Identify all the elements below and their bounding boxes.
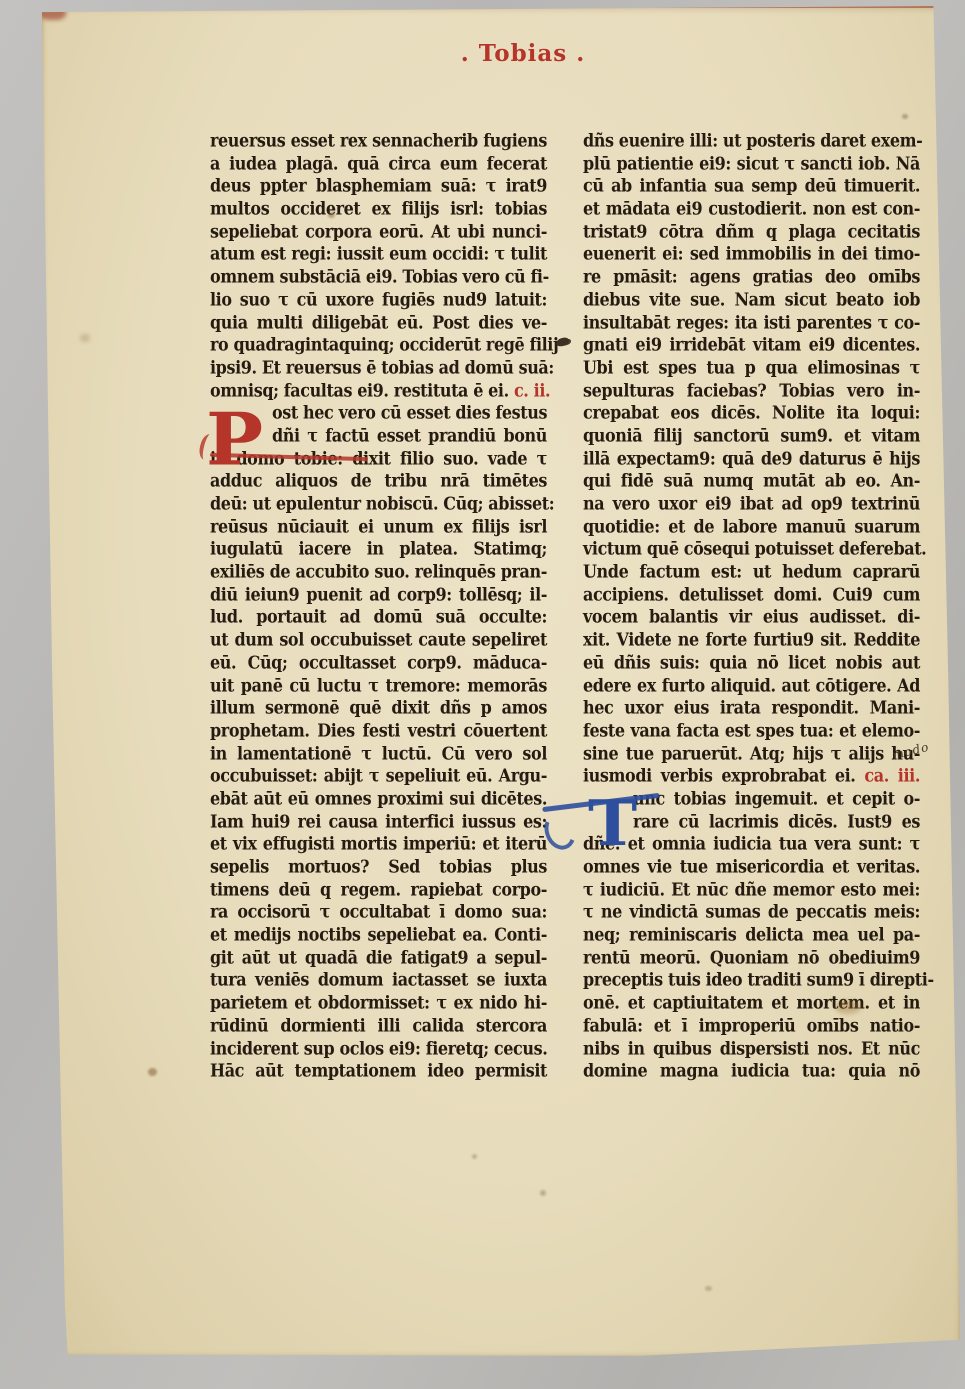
text-line: onē. et captiuitatem et mortem. et in xyxy=(583,991,920,1016)
text-line: reūsus nūciauit ei unum ex filijs isrl xyxy=(210,515,547,540)
text-line-content: dñi τ factū esset prandiū bonū xyxy=(272,425,547,446)
scan-background: { "document": { "running_title": ". Tobi… xyxy=(0,0,965,1389)
text-line-content: et mādata ei9 custodierit. non est con- xyxy=(583,198,920,219)
text-line: occubuisset: abijt τ sepeliuit eū. Argu- xyxy=(210,764,547,789)
text-line: τ iudiciū. Et nūc dñe memor esto mei: xyxy=(583,878,920,903)
stain xyxy=(705,1286,712,1291)
text-line: atum est regi: iussit eum occidi: τ tuli… xyxy=(210,243,547,268)
text-line: uit panē cū luctu τ tremore: memorās xyxy=(210,674,547,699)
text-line: a iudea plagā. quā circa eum fecerat xyxy=(210,152,547,177)
text-line: na vero uxor ei9 ibat ad op9 textrinū xyxy=(583,492,920,517)
text-line-content: ra occisorū τ occultabat ī domo sua: xyxy=(210,902,547,923)
text-line-content: occubuisset: abijt τ sepeliuit eū. Argu- xyxy=(210,765,547,786)
text-line: vocem balantis vir eius audisset. di- xyxy=(583,606,920,631)
text-line-content: diū ieiun9 puenit ad corp9: tollēsq; il- xyxy=(210,584,547,605)
text-line: et mādata ei9 custodierit. non est con- xyxy=(583,197,920,222)
text-line-content: diebus vite sue. Nam sicut beato iob xyxy=(583,289,920,310)
text-line-content: quotidie: et de labore manuū suarum xyxy=(583,516,920,537)
text-line: xit. Videte ne forte furtiu9 sit. Reddit… xyxy=(583,628,920,653)
text-line-content: illum sermonē quē dixit dñs p amos xyxy=(210,697,547,718)
text-line-content: et medijs noctibs sepeliebat ea. Conti- xyxy=(210,924,547,945)
text-line: Ubi est spes tua p qua elimosinas τ xyxy=(583,356,920,381)
text-line-content: dñs euenire illi: ut posteris daret exem… xyxy=(583,130,922,151)
text-line: nibs in quibus dispersisti nos. Et nūc xyxy=(583,1037,920,1062)
text-line-content: τ iudiciū. Et nūc dñe memor esto mei: xyxy=(583,879,920,900)
text-line: multos occideret ex filijs isrl: tobias xyxy=(210,197,547,222)
text-line-content: in lamentationē τ luctū. Cū vero sol xyxy=(210,743,547,764)
stain xyxy=(902,114,908,119)
text-line: gnati ei9 irridebāt vitam ei9 dicentes. xyxy=(583,333,920,358)
text-line: deū: ut epulentur nobiscū. Cūq; abisset: xyxy=(210,492,547,517)
text-line-content: unc tobias ingemuit. et cepit o- xyxy=(633,788,920,809)
text-line: git aūt ut quadā die fatigat9 a sepul- xyxy=(210,946,547,971)
text-line: tura veniēs domum iactasset se iuxta xyxy=(210,969,547,994)
text-line: inciderent sup oclos ei9: fieretq; cecus… xyxy=(210,1037,547,1062)
text-line-content: rentū meorū. Quoniam nō obediuim9 xyxy=(583,947,920,968)
text-line-content: reūsus nūciauit ei unum ex filijs isrl xyxy=(210,516,547,537)
text-line-content: neq; reminiscaris delicta mea uel pa- xyxy=(583,924,920,945)
edge-stain xyxy=(40,6,66,20)
text-line: qui fidē suā numq mutāt ab eo. An- xyxy=(583,469,920,494)
stain xyxy=(80,334,90,342)
stain xyxy=(148,1068,157,1076)
text-line-content: uit panē cū luctu τ tremore: memorās xyxy=(210,675,547,696)
text-line: ebāt aūt eū omnes proximi sui dicētes. xyxy=(210,787,547,812)
text-line-content: accipiens. detulisset domi. Cui9 cum xyxy=(583,584,920,605)
text-line-content: sepeliebat corpora eorū. At ubi nunci- xyxy=(210,221,547,242)
text-line: prophetam. Dies festi vestri cōuertent xyxy=(210,719,547,744)
text-line: ipsi9. Et reuersus ē tobias ad domū suā: xyxy=(210,356,547,381)
text-line: re pmāsit: agens gratias deo omībs xyxy=(583,265,920,290)
text-line: eū. Cūq; occultasset corp9. māduca- xyxy=(210,651,547,676)
text-line: timens deū q regem. rapiebat corpo- xyxy=(210,878,547,903)
text-line-content: Hāc aūt temptationem ideo permisit xyxy=(210,1060,547,1081)
text-line: lud. portauit ad domū suā occulte: xyxy=(210,606,547,631)
text-line: hec uxor eius irata respondit. Mani- xyxy=(583,696,920,721)
text-line-content: prophetam. Dies festi vestri cōuertent xyxy=(210,720,547,741)
text-line-content: illā expectam9: quā de9 daturus ē hijs xyxy=(583,448,920,469)
chapter-rubric: ca. iii. xyxy=(864,765,920,786)
text-line-content: ebāt aūt eū omnes proximi sui dicētes. xyxy=(210,788,547,809)
text-line-content: gnati ei9 irridebāt vitam ei9 dicentes. xyxy=(583,334,920,355)
text-line-content: qui fidē suā numq mutāt ab eo. An- xyxy=(583,470,920,491)
text-line: cū ab infantia sua semp deū timuerit. xyxy=(583,174,920,199)
text-line: in lamentationē τ luctū. Cū vero sol xyxy=(210,742,547,767)
text-line: rentū meorū. Quoniam nō obediuim9 xyxy=(583,946,920,971)
text-line: diebus vite sue. Nam sicut beato iob xyxy=(583,288,920,313)
text-line-content: quoniā filij sanctorū sum9. et vitam xyxy=(583,425,920,446)
text-line-content: re pmāsit: agens gratias deo omībs xyxy=(583,266,920,287)
text-line: edere ex furto aliquid. aut cōtigere. Ad xyxy=(583,674,920,699)
text-line: illum sermonē quē dixit dñs p amos xyxy=(210,696,547,721)
text-line-content: τ ne vindictā sumas de peccatis meis: xyxy=(583,902,920,923)
text-line: ra occisorū τ occultabat ī domo sua: xyxy=(210,900,547,925)
text-line-content: vocem balantis vir eius audisset. di- xyxy=(583,607,920,628)
text-line-content: Iam hui9 rei causa interfici iussus es: xyxy=(210,811,547,832)
text-line-content: fabulā: et ī improperiū omībs natio- xyxy=(583,1015,920,1036)
text-line: exiliēs de accubito suo. relinquēs pran- xyxy=(210,560,547,585)
text-line-content: parietem et obdormisset: τ ex nido hi- xyxy=(210,992,547,1013)
text-line-content: na vero uxor ei9 ibat ad op9 textrinū xyxy=(583,493,920,514)
text-line: ro quadragintaquinq; occiderūt regē fili… xyxy=(210,333,547,358)
text-line-content: ipsi9. Et reuersus ē tobias ad domū suā: xyxy=(210,357,554,378)
text-line-content: nibs in quibus dispersisti nos. Et nūc xyxy=(583,1038,920,1059)
text-line-content: lio suo τ cū uxore fugiēs nud9 latuit: xyxy=(210,289,547,310)
text-line: Iam hui9 rei causa interfici iussus es: xyxy=(210,810,547,835)
text-line-content: Unde factum est: ut hedum caprarū xyxy=(583,561,920,582)
stain xyxy=(540,1190,546,1196)
text-column-right: dñs euenire illi: ut posteris daret exem… xyxy=(583,130,920,1083)
text-line-content: inciderent sup oclos ei9: fieretq; cecus… xyxy=(210,1038,547,1059)
text-line-content: eū dñis suis: quia nō licet nobis aut xyxy=(583,652,920,673)
text-line: plū patientie ei9: sicut τ sancti iob. N… xyxy=(583,152,920,177)
text-line: deus ppter blasphemiam suā: τ irat9 xyxy=(210,174,547,199)
stain xyxy=(472,1154,477,1159)
text-line: sepeliebat corpora eorū. At ubi nunci- xyxy=(210,220,547,245)
text-line-content: sine tue paruerūt. Atq; hijs τ alijs hu- xyxy=(583,743,920,764)
running-title: . Tobias . xyxy=(398,40,648,67)
text-line: illā expectam9: quā de9 daturus ē hijs xyxy=(583,447,920,472)
text-line-content: ro quadragintaquinq; occiderūt regē fili… xyxy=(210,334,558,355)
text-line: et medijs noctibs sepeliebat ea. Conti- xyxy=(210,923,547,948)
text-line-content: timens deū q regem. rapiebat corpo- xyxy=(210,879,547,900)
manuscript-page: . Tobias . reuersus esset rex sennacheri… xyxy=(40,4,962,1360)
text-line: dñs euenire illi: ut posteris daret exem… xyxy=(583,129,920,154)
text-line-content: et vix effugisti mortis imperiū: et iter… xyxy=(210,833,547,854)
text-line-content: onē. et captiuitatem et mortem. et in xyxy=(583,992,920,1013)
text-line-content: exiliēs de accubito suo. relinquēs pran- xyxy=(210,561,547,582)
text-line-content: tristat9 cōtra dñm q plaga cecitatis xyxy=(583,221,920,242)
text-line-content: victum quē cōsequi potuisset deferebat. xyxy=(583,539,926,560)
text-line-content: iugulatū iacere in platea. Statimq; xyxy=(210,539,547,560)
text-line-content: xit. Videte ne forte furtiu9 sit. Reddit… xyxy=(583,629,920,650)
text-line: et vix effugisti mortis imperiū: et iter… xyxy=(210,832,547,857)
text-line: omnem substāciā ei9. Tobias vero cū fi- xyxy=(210,265,547,290)
text-line: sepulturas faciebas? Tobias vero in- xyxy=(583,379,920,404)
text-line-content: edere ex furto aliquid. aut cōtigere. Ad xyxy=(583,675,920,696)
text-line-content: euenerit ei: sed immobilis in dei timo- xyxy=(583,244,920,265)
text-column-left: reuersus esset rex sennacherib fugiensa … xyxy=(210,130,547,1083)
text-line-content: atum est regi: iussit eum occidi: τ tuli… xyxy=(210,244,547,265)
text-line-content: a iudea plagā. quā circa eum fecerat xyxy=(210,153,547,174)
text-line-content: rūdinū dormienti illi calida stercora xyxy=(210,1015,547,1036)
text-line-content: sepelis mortuos? Sed tobias plus xyxy=(210,856,547,877)
text-line-content: tura veniēs domum iactasset se iuxta xyxy=(210,970,547,991)
text-line-content: lud. portauit ad domū suā occulte: xyxy=(210,607,547,628)
text-line: lio suo τ cū uxore fugiēs nud9 latuit: xyxy=(210,288,547,313)
text-line-content: ost hec vero cū esset dies festus xyxy=(272,402,547,423)
text-line: iugulatū iacere in platea. Statimq; xyxy=(210,537,547,562)
text-line-content: deū: ut epulentur nobiscū. Cūq; abisset: xyxy=(210,493,554,514)
text-line-content: Ubi est spes tua p qua elimosinas τ xyxy=(583,357,920,378)
text-line-content: ut dum sol occubuisset caute sepeliret xyxy=(210,629,547,650)
text-line: preceptis tuis ideo traditi sum9 ī direp… xyxy=(583,969,920,994)
text-line: parietem et obdormisset: τ ex nido hi- xyxy=(210,991,547,1016)
text-line-content: plū patientie ei9: sicut τ sancti iob. N… xyxy=(583,153,920,174)
text-line: tristat9 cōtra dñm q plaga cecitatis xyxy=(583,220,920,245)
text-line-content: quia multi diligebāt eū. Post dies ve- xyxy=(210,312,547,333)
text-line-content: sepulturas faciebas? Tobias vero in- xyxy=(583,380,920,401)
text-line-content: rare cū lacrimis dicēs. Iust9 es xyxy=(633,811,920,832)
text-line-content: hec uxor eius irata respondit. Mani- xyxy=(583,697,920,718)
text-line-content: git aūt ut quadā die fatigat9 a sepul- xyxy=(210,947,547,968)
text-line: diū ieiun9 puenit ad corp9: tollēsq; il- xyxy=(210,583,547,608)
text-line: τ ne vindictā sumas de peccatis meis: xyxy=(583,900,920,925)
text-line: ut dum sol occubuisset caute sepeliret xyxy=(210,628,547,653)
text-line-content: iusmodi verbis exprobrabat ei. xyxy=(583,765,855,786)
text-line-content: domine magna iudicia tua: quia nō xyxy=(583,1060,920,1081)
text-line: neq; reminiscaris delicta mea uel pa- xyxy=(583,923,920,948)
text-line-content: insultabāt reges: ita isti parentes τ co… xyxy=(583,312,920,333)
text-line: quoniā filij sanctorū sum9. et vitam xyxy=(583,424,920,449)
text-line: quotidie: et de labore manuū suarum xyxy=(583,515,920,540)
text-line: euenerit ei: sed immobilis in dei timo- xyxy=(583,243,920,268)
text-line: reuersus esset rex sennacherib fugiens xyxy=(210,129,547,154)
text-line: eū dñis suis: quia nō licet nobis aut xyxy=(583,651,920,676)
text-line: sepelis mortuos? Sed tobias plus xyxy=(210,855,547,880)
text-line-content: eū. Cūq; occultasset corp9. māduca- xyxy=(210,652,547,673)
text-line: victum quē cōsequi potuisset deferebat. xyxy=(583,537,920,562)
text-line-content: deus ppter blasphemiam suā: τ irat9 xyxy=(210,176,547,197)
text-line: rūdinū dormienti illi calida stercora xyxy=(210,1014,547,1039)
text-line-content: reuersus esset rex sennacherib fugiens xyxy=(210,130,547,151)
text-line: fabulā: et ī improperiū omībs natio- xyxy=(583,1014,920,1039)
text-line-content: crepabat eos dicēs. Nolite ita loqui: xyxy=(583,402,920,423)
chapter-rubric: c. ii. xyxy=(514,380,550,401)
text-line-content: omnem substāciā ei9. Tobias vero cū fi- xyxy=(210,266,549,287)
text-line-content: feste vana facta est spes tua: et elemo- xyxy=(583,720,920,741)
text-line: sine tue paruerūt. Atq; hijs τ alijs hu- xyxy=(583,742,920,767)
text-line-content: preceptis tuis ideo traditi sum9 ī direp… xyxy=(583,970,934,991)
text-line: accipiens. detulisset domi. Cui9 cum xyxy=(583,583,920,608)
text-line-content: cū ab infantia sua semp deū timuerit. xyxy=(583,176,920,197)
text-line: domine magna iudicia tua: quia nō xyxy=(583,1059,920,1084)
text-line: feste vana facta est spes tua: et elemo- xyxy=(583,719,920,744)
text-line: Hāc aūt temptationem ideo permisit xyxy=(210,1059,547,1084)
text-line: quia multi diligebāt eū. Post dies ve- xyxy=(210,311,547,336)
text-line: Unde factum est: ut hedum caprarū xyxy=(583,560,920,585)
text-line: insultabāt reges: ita isti parentes τ co… xyxy=(583,311,920,336)
text-line: crepabat eos dicēs. Nolite ita loqui: xyxy=(583,401,920,426)
text-line-content: multos occideret ex filijs isrl: tobias xyxy=(210,198,547,219)
